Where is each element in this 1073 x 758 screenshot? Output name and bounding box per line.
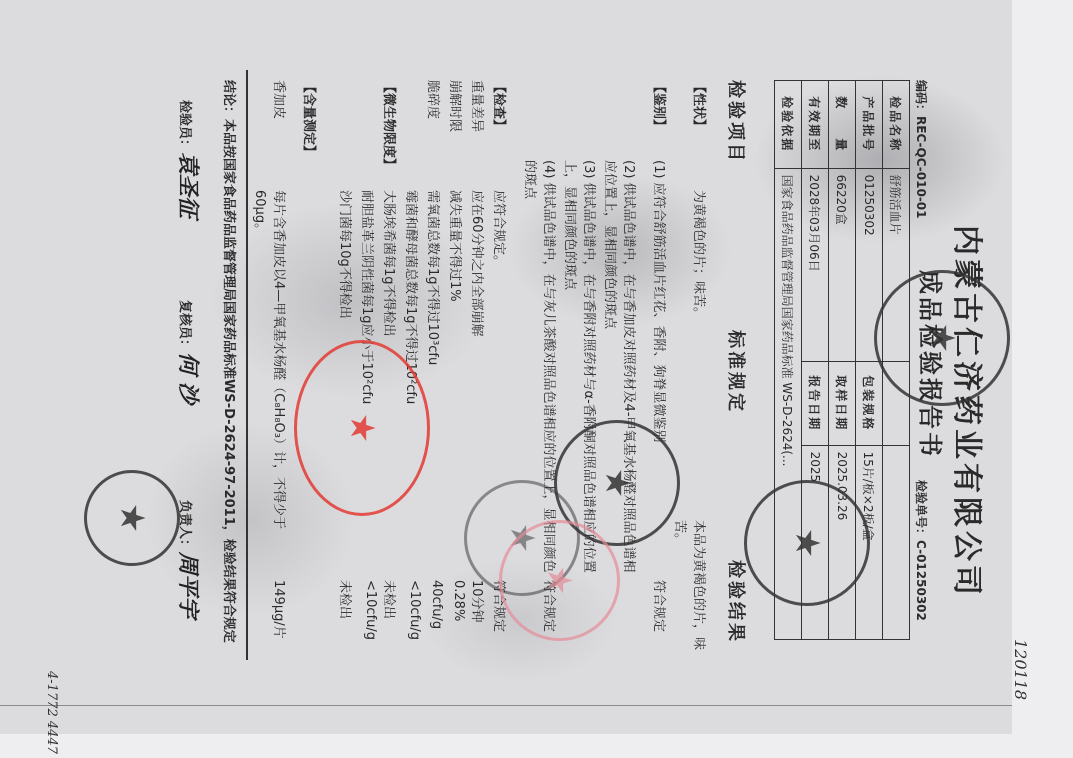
conclusion-text: 结论：本品按国家食品药品监督管理局国家药品标准WS-D-2624-97-2011…	[221, 80, 240, 643]
salmonella-result: 未检出	[337, 580, 356, 619]
disintegration-standard: 减失重量不得过1%	[447, 190, 466, 302]
aerobic-count-standard: 需氧菌总数每1g不得过10³cfu	[425, 190, 444, 365]
weight-variation-result: 10分钟	[469, 580, 488, 623]
handwritten-note-right: 120118	[1011, 639, 1030, 700]
reviewer-signature: 复核员：何 沙	[174, 300, 205, 404]
section-appearance: 【性状】	[691, 80, 710, 132]
inspection-unit-stamp: ★	[744, 480, 870, 606]
ecoli-standard: 大肠埃希菌每1g不得检出	[381, 190, 400, 337]
page-edge-line	[0, 705, 1012, 706]
divider-line	[247, 70, 249, 660]
quality-management-red-stamp: ★	[294, 340, 430, 516]
tests-standard: 应符合规定。	[491, 190, 510, 268]
weight-variation-label: 重量差异	[469, 80, 488, 132]
inspection-report-document: 内蒙古仁济药业有限公司 成品检验报告书 编码：REC-QC-010-01 检验单…	[100, 40, 1000, 680]
section-tests: 【检查】	[491, 80, 510, 132]
appearance-standard: 为黄褐色的片；味苦。	[691, 190, 710, 320]
disintegration-result: 0.28%	[451, 580, 466, 621]
ecoli-result: 未检出	[381, 580, 400, 619]
disintegration-label: 崩解时限	[447, 80, 466, 132]
gram-negative-result: <10cfu/g	[363, 580, 378, 640]
identification-standard-1: (1) 应符合舒筋活血片红花、香附、狗脊显微鉴别	[651, 160, 670, 443]
company-report-stamp: ★	[874, 270, 1010, 406]
responsible-person-stamp: ★	[84, 470, 180, 566]
assay-standard: 每片含香加皮以4—甲氧基水杨醛（C₈H₈O₃）计，不得少于60μg。	[252, 190, 290, 570]
column-heading-result: 检验结果	[724, 560, 750, 644]
section-identification: 【鉴别】	[651, 80, 670, 132]
assay-result: 149μg/片	[271, 580, 290, 639]
identification-result: 符合规定	[651, 580, 670, 632]
inspector-signature: 检验员：袁圣征	[174, 100, 205, 218]
aerobic-count-result: 40cfu/g	[429, 580, 444, 629]
report-number: 检验单号：C-01250302	[913, 480, 930, 621]
friability-label: 脆碎度	[425, 80, 444, 119]
column-heading-item: 检验项目	[724, 80, 750, 164]
report-code: 编码：REC-QC-010-01	[913, 80, 930, 219]
yeast-mold-result: <10cfu/g	[407, 580, 422, 640]
salmonella-standard: 沙门菌每10g不得检出	[337, 190, 356, 319]
section-assay: 【含量测定】	[301, 80, 320, 158]
assay-item-label: 香加皮	[271, 80, 290, 119]
handwritten-note-bottom: 4-1772 4447	[44, 671, 59, 754]
section-microbial-limits: 【微生物限度】	[381, 80, 400, 171]
column-heading-standard: 标准规定	[724, 330, 750, 414]
weight-variation-standard: 应在60分钟之内全部崩解	[469, 190, 488, 337]
appearance-result: 本品为黄褐色的片，味苦。	[672, 520, 710, 650]
scanner-margin-bottom	[0, 734, 1073, 758]
quality-stamp-pink: ★	[499, 520, 620, 641]
